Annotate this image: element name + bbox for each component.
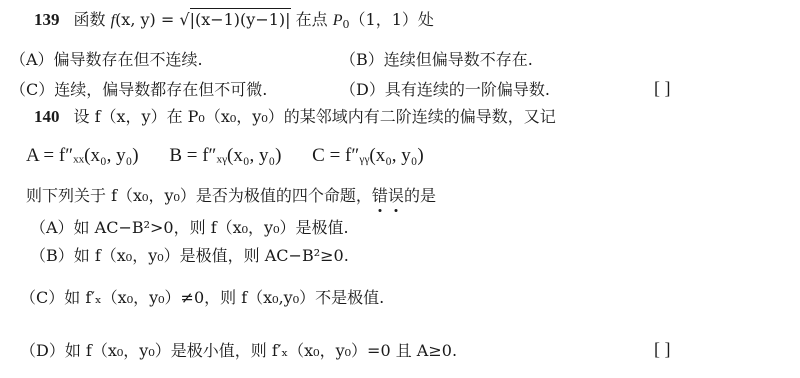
q139-suffix-1: 在点 [296,10,328,29]
q139-option-c: （C）连续，偏导数都存在但不可微. [10,80,267,100]
q140-option-c: （C）如 f′ₓ（x₀，y₀）≠0，则 f（x₀,y₀）不是极值. [20,288,384,308]
q139-stem-prefix: 函数 [74,10,106,29]
q139-args: (x, y) = √ [115,10,190,29]
q139-point-sub: 0 [343,18,350,31]
q140-stem-text: 设 f（x，y）在 P₀（x₀，y₀）的某邻域内有二阶连续的偏导数，又记 [74,107,556,126]
formula-a: A = f″ₓₓ(x₀, y₀) [26,145,139,166]
q139-suffix-2: （1，1）处 [350,10,434,29]
q139-radicand: |(x−1)(y−1)| [190,8,291,29]
q140-option-a: （A）如 AC−B²>0，则 f（x₀，y₀）是极值. [30,218,349,238]
q140-emphasis-2: 误 [388,186,404,206]
q140-number: 140 [34,107,60,126]
q140-question: 则下列关于 f（x₀，y₀）是否为极值的四个命题，错误的是 [26,186,436,206]
q139-option-a: （A）偏导数存在但不连续. [10,50,203,70]
q140-emphasis-1: 错 [372,186,388,206]
q140-question-suffix: 的是 [404,186,436,205]
q140-option-d: （D）如 f（x₀，y₀）是极小值，则 f′ₓ（x₀，y₀）=0 且 A≥0. [20,341,457,361]
q139-option-d: （D）具有连续的一阶偏导数. [340,80,550,100]
q139-option-b: （B）连续但偏导数不存在. [340,50,533,70]
q140-stem: 140设 f（x，y）在 P₀（x₀，y₀）的某邻域内有二阶连续的偏导数，又记 [34,107,556,127]
q139-point: P [333,12,343,29]
q139-stem: 139函数 f(x, y) = √|(x−1)(y−1)| 在点 P0（1，1）… [34,10,434,31]
q139-answer-bracket[interactable]: [ ] [654,78,671,99]
q140-question-prefix: 则下列关于 f（x₀，y₀）是否为极值的四个命题， [26,186,372,205]
q140-answer-bracket[interactable]: [ ] [654,339,671,360]
q139-number: 139 [34,10,60,29]
formula-b: B = f″ₓᵧ(x₀, y₀) [169,145,281,166]
q140-formulas: A = f″ₓₓ(x₀, y₀) B = f″ₓᵧ(x₀, y₀) C = f″… [26,146,424,166]
formula-c: C = f″ᵧᵧ(x₀, y₀) [312,145,424,166]
q140-option-b: （B）如 f（x₀，y₀）是极值，则 AC−B²≥0. [30,246,349,266]
